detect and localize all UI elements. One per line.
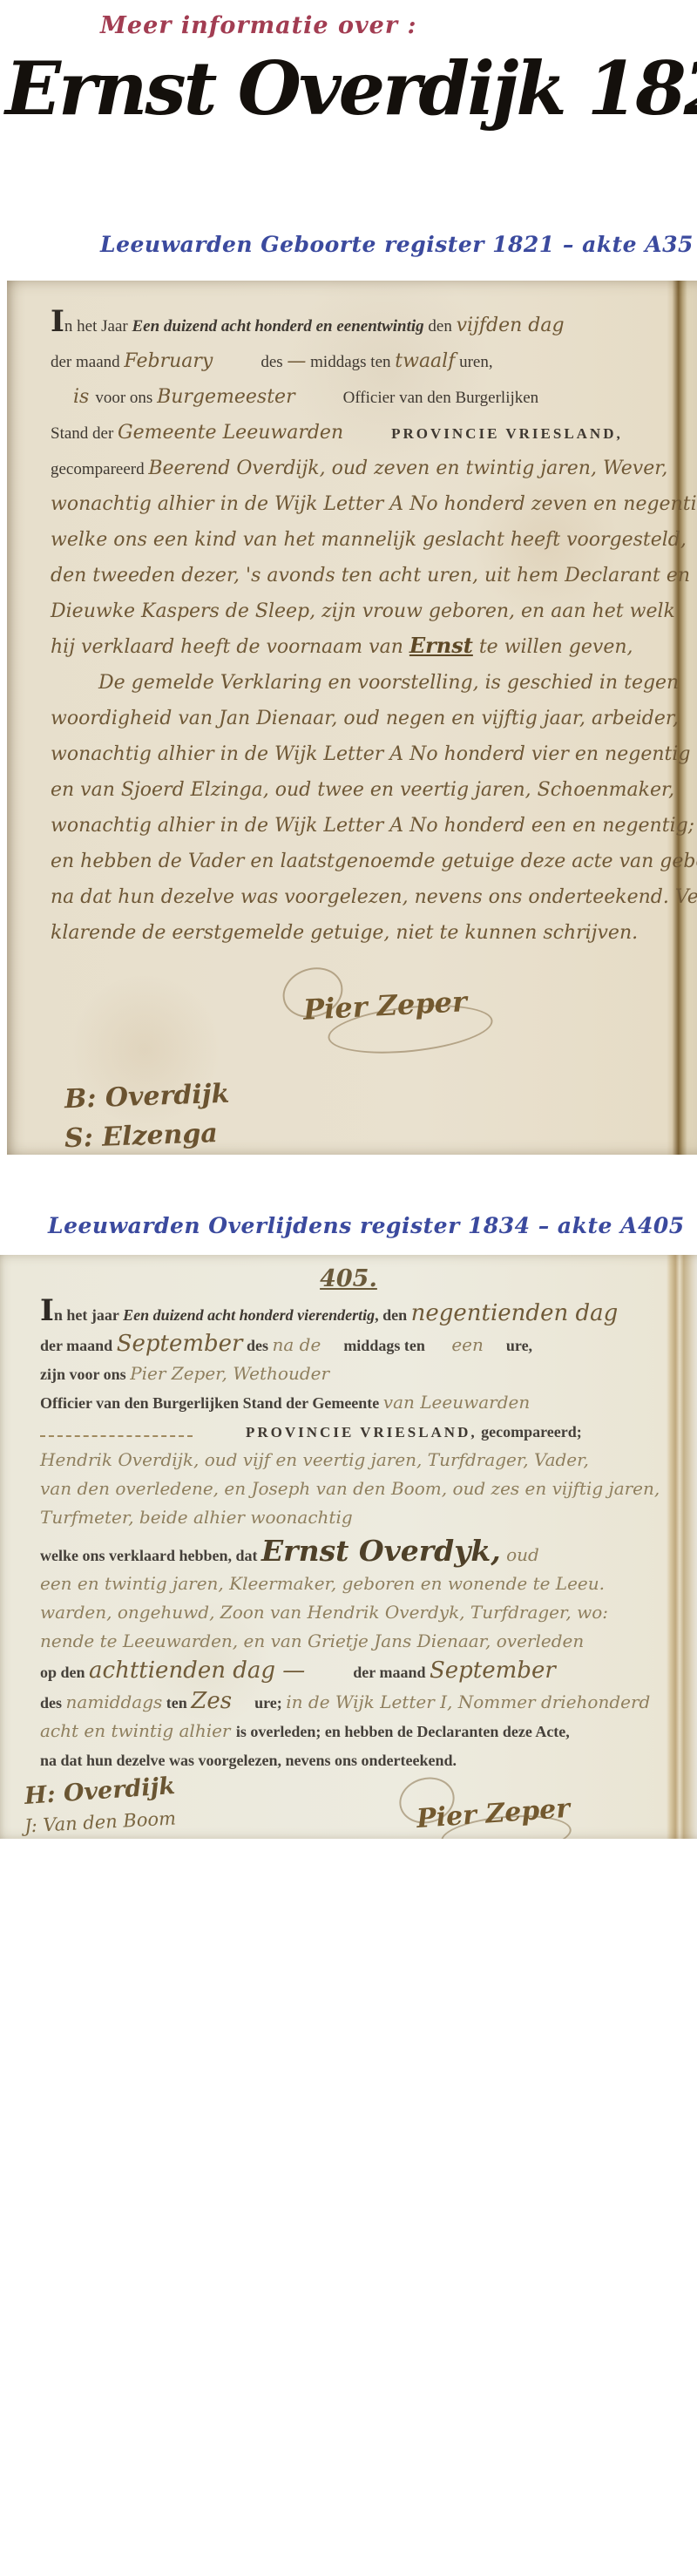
text-hand: van Leeuwarden bbox=[383, 1392, 530, 1413]
signature-s-elzenga: S: Elzenga bbox=[64, 1115, 326, 1154]
death-act-text: In het jaar Een duizend acht honderd vie… bbox=[0, 1292, 697, 1776]
document-line: Turfmeter, beide alhier woonachtig bbox=[40, 1505, 636, 1534]
text-hand: — bbox=[287, 350, 306, 372]
document-line: na dat hun dezelve was voorgelezen, neve… bbox=[51, 881, 667, 917]
document-line: wonachtig alhier in de Wijk Letter A No … bbox=[51, 810, 667, 845]
text-print: gecompareerd; bbox=[477, 1423, 582, 1441]
document-line: Dieuwke Kaspers de Sleep, zijn vrouw geb… bbox=[51, 595, 667, 631]
text-print: ure, bbox=[506, 1337, 532, 1354]
document-line: der maand September des na demiddags ten… bbox=[40, 1331, 636, 1361]
text-hand: acht en twintig alhier bbox=[40, 1720, 236, 1741]
text-hand: en van Sjoerd Elzinga, oud twee en veert… bbox=[51, 779, 674, 801]
document-line: is voor ons BurgemeesterOfficier van den… bbox=[51, 381, 667, 417]
text-hand: wonachtig alhier in de Wijk Letter A No … bbox=[51, 743, 690, 765]
text-caps: PROVINCIE VRIESLAND, bbox=[391, 425, 623, 442]
text-dropcap: I bbox=[51, 304, 64, 339]
text-print: is overleden; en hebben de Declaranten d… bbox=[236, 1723, 570, 1740]
section-heading-birth-register: Leeuwarden Geboorte register 1821 – akte… bbox=[100, 232, 694, 257]
text-hand: De gemelde Verklaring en voorstelling, i… bbox=[98, 672, 679, 694]
document-line: PROVINCIE VRIESLAND, gecompareerd; bbox=[40, 1419, 636, 1447]
document-line: warden, ongehuwd, Zoon van Hendrik Overd… bbox=[40, 1600, 636, 1629]
text-hand: in de Wijk Letter I, Nommer driehonderd bbox=[286, 1691, 650, 1712]
text-printbi: Een duizend acht honderd vierendertig bbox=[123, 1306, 375, 1324]
text-hand-em: Ernst bbox=[409, 633, 473, 658]
document-line: en hebben de Vader en laatstgenoemde get… bbox=[51, 845, 667, 881]
text-print: n het jaar bbox=[54, 1306, 123, 1324]
genealogy-page: Meer informatie over : Ernst Overdijk 18… bbox=[0, 0, 697, 2576]
text-hand: twaalf bbox=[395, 350, 455, 372]
document-line: des namiddags ten Zesure; in de Wijk Let… bbox=[40, 1688, 636, 1718]
text-printbi: Een duizend acht honderd en eenentwintig bbox=[132, 317, 423, 336]
text-hand: nende te Leeuwarden, en van Grietje Jans… bbox=[40, 1630, 584, 1651]
document-line: Stand der Gemeente LeeuwardenPROVINCIE V… bbox=[51, 417, 667, 452]
text-hand: den tweeden dezer, 's avonds ten acht ur… bbox=[51, 565, 690, 586]
text-print: des bbox=[242, 1337, 272, 1354]
document-line: In het jaar Een duizend acht honderd vie… bbox=[40, 1296, 636, 1331]
text-caps: PROVINCIE VRIESLAND, bbox=[246, 1424, 477, 1441]
birth-register-scan: In het Jaar Een duizend acht honderd en … bbox=[7, 281, 697, 1155]
text-hand-lg: Zes bbox=[191, 1688, 232, 1714]
document-line: een en twintig jaren, Kleermaker, gebore… bbox=[40, 1571, 636, 1600]
text-hand: February bbox=[124, 350, 213, 372]
text-print: n het Jaar bbox=[64, 317, 132, 336]
text-print: der maand bbox=[40, 1337, 117, 1354]
birth-act-text: In het Jaar Een duizend acht honderd en … bbox=[7, 281, 697, 952]
document-line: De gemelde Verklaring en voorstelling, i… bbox=[51, 667, 667, 702]
signature-h-overdijk: H: Overdijk bbox=[24, 1773, 177, 1810]
text-print: middags ten bbox=[343, 1337, 429, 1354]
document-line: van den overledene, en Joseph van den Bo… bbox=[40, 1476, 636, 1505]
text-print: Officier van den Burgerlijken Stand der … bbox=[40, 1394, 383, 1412]
text-hand-lg: September bbox=[430, 1657, 556, 1684]
page-title: Ernst Overdijk 1821 bbox=[5, 45, 695, 132]
text-hand: te willen geven, bbox=[473, 636, 633, 658]
signature-b-overdijk: B: Overdijk bbox=[64, 1075, 326, 1115]
text-print: op den bbox=[40, 1664, 89, 1681]
text-print: der maand bbox=[51, 353, 124, 371]
act-number: 405. bbox=[0, 1255, 697, 1292]
document-line: Officier van den Burgerlijken Stand der … bbox=[40, 1390, 636, 1419]
text-print: gecompareerd bbox=[51, 460, 148, 478]
witness-signatures: B: Overdijk S: Elzenga bbox=[64, 1080, 697, 1149]
declarant-signatures: H: Overdijk J: Van den Boom bbox=[24, 1778, 176, 1833]
document-line: wonachtig alhier in de Wijk Letter A No … bbox=[51, 738, 667, 774]
text-print: na dat hun dezelve was voorgelezen, neve… bbox=[40, 1752, 457, 1769]
text-hand: klarende de eerstgemelde getuige, niet t… bbox=[51, 922, 638, 944]
document-line: klarende de eerstgemelde getuige, niet t… bbox=[51, 917, 667, 952]
text-print: uren, bbox=[455, 353, 492, 371]
text-hand: en hebben de Vader en laatstgenoemde get… bbox=[51, 851, 697, 872]
text-print: middags ten bbox=[306, 353, 395, 371]
text-hand: een en twintig jaren, Kleermaker, gebore… bbox=[40, 1573, 605, 1594]
text-print: ten bbox=[162, 1694, 191, 1712]
text-print: der maand bbox=[353, 1664, 430, 1681]
death-register-scan: 405. In het jaar Een duizend acht honder… bbox=[0, 1255, 697, 1839]
document-line: der maand Februarydes — middags ten twaa… bbox=[51, 345, 667, 381]
document-line: nende te Leeuwarden, en van Grietje Jans… bbox=[40, 1629, 636, 1657]
document-line: welke ons een kind van het mannelijk ges… bbox=[51, 524, 667, 559]
text-print: den bbox=[424, 317, 457, 336]
text-hand: na de bbox=[273, 1334, 321, 1355]
text-hand: wonachtig alhier in de Wijk Letter A No … bbox=[51, 815, 694, 837]
text-hand: oud bbox=[501, 1544, 539, 1565]
text-hand-lg: September bbox=[117, 1331, 243, 1357]
text-hand: Gemeente Leeuwarden bbox=[118, 422, 343, 444]
text-hand: vijfden dag bbox=[457, 315, 565, 336]
signatures-row: H: Overdijk J: Van den Boom Pier Zeper bbox=[0, 1778, 697, 1839]
text-hand-big: Ernst Overdyk, bbox=[261, 1534, 501, 1568]
document-line: den tweeden dezer, 's avonds ten acht ur… bbox=[51, 559, 667, 595]
text-hand: welke ons een kind van het mannelijk ges… bbox=[51, 529, 687, 551]
text-hand: wonachtig alhier in de Wijk Letter A No … bbox=[51, 493, 697, 515]
text-print: Stand der bbox=[51, 424, 118, 443]
document-line: acht en twintig alhier is overleden; en … bbox=[40, 1718, 636, 1747]
text-hand: Burgemeester bbox=[157, 386, 295, 408]
text-hand: namiddags bbox=[66, 1691, 163, 1712]
text-print: des bbox=[261, 353, 287, 371]
text-print: Officier van den Burgerlijken bbox=[343, 389, 539, 407]
document-line: In het Jaar Een duizend acht honderd en … bbox=[51, 307, 667, 345]
text-hand: Turfmeter, beide alhier woonachtig bbox=[40, 1507, 353, 1528]
document-line: gecompareerd Beerend Overdijk, oud zeven… bbox=[51, 452, 667, 488]
document-line: hij verklaard heeft de voornaam van Erns… bbox=[51, 631, 667, 667]
text-hand: na dat hun dezelve was voorgelezen, neve… bbox=[51, 886, 697, 908]
text-hand: Pier Zeper, Wethouder bbox=[130, 1363, 329, 1384]
document-line: zijn voor ons Pier Zeper, Wethouder bbox=[40, 1361, 636, 1390]
text-print: voor ons bbox=[95, 389, 157, 407]
text-hand: hij verklaard heeft de voornaam van bbox=[51, 636, 409, 658]
official-signature-block: Pier Zeper bbox=[277, 966, 538, 1050]
text-dropcap: I bbox=[40, 1293, 54, 1328]
text-hand: van den overledene, en Joseph van den Bo… bbox=[40, 1478, 660, 1499]
text-hand: een bbox=[451, 1334, 484, 1355]
text-print: des bbox=[40, 1694, 66, 1712]
text-hand: warden, ongehuwd, Zoon van Hendrik Overd… bbox=[40, 1602, 608, 1623]
text-hand: Hendrik Overdijk, oud vijf en veertig ja… bbox=[40, 1449, 589, 1470]
document-line: en van Sjoerd Elzinga, oud twee en veert… bbox=[51, 774, 667, 810]
document-line: welke ons verklaard hebben, dat Ernst Ov… bbox=[40, 1534, 636, 1571]
text-hand-lg: achttienden dag — bbox=[89, 1657, 305, 1684]
document-line: op den achttienden dag —der maand Septem… bbox=[40, 1657, 636, 1688]
official-signature-block: Pier Zeper bbox=[392, 1778, 601, 1839]
document-line: wonachtig alhier in de Wijk Letter A No … bbox=[51, 488, 667, 524]
document-line: na dat hun dezelve was voorgelezen, neve… bbox=[40, 1747, 636, 1776]
text-print: ure; bbox=[254, 1694, 286, 1712]
text-hand: woordigheid van Jan Dienaar, oud negen e… bbox=[51, 708, 679, 729]
flourish-line bbox=[40, 1432, 193, 1437]
document-line: woordigheid van Jan Dienaar, oud negen e… bbox=[51, 702, 667, 738]
section-heading-death-register: Leeuwarden Overlijdens register 1834 – a… bbox=[48, 1213, 685, 1238]
text-print: zijn voor ons bbox=[40, 1366, 130, 1383]
document-line: Hendrik Overdijk, oud vijf en veertig ja… bbox=[40, 1447, 636, 1476]
text-hand: Beerend Overdijk, oud zeven en twintig j… bbox=[148, 458, 667, 479]
text-hand: is bbox=[73, 386, 95, 408]
text-print: welke ons verklaard hebben, dat bbox=[40, 1547, 261, 1564]
text-hand: Dieuwke Kaspers de Sleep, zijn vrouw geb… bbox=[51, 600, 675, 622]
text-hand-lg: negentienden dag bbox=[411, 1300, 619, 1326]
signature-j-van-den-boom: J: Van den Boom bbox=[24, 1807, 176, 1836]
page-eyebrow: Meer informatie over : bbox=[100, 12, 416, 39]
text-print: , den bbox=[375, 1306, 411, 1324]
